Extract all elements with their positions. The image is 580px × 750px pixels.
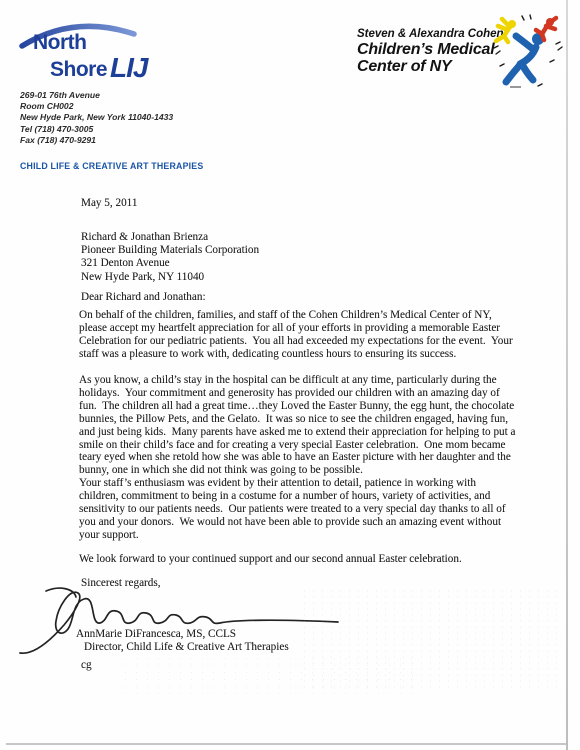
signer-title: Director, Child Life & Creative Art Ther… (84, 641, 289, 654)
scan-noise (120, 655, 420, 695)
address-line: Tel (718) 470-3005 (20, 124, 173, 135)
hospital-name: Steven & Alexandra Cohen Children’s Medi… (357, 28, 504, 75)
hospital-name-line: Center of NY (357, 58, 504, 75)
scan-edge-right (566, 0, 568, 750)
letter-paragraph-4: We look forward to your continued suppor… (79, 553, 517, 566)
north-shore-lij-logo: North ShoreLIJ (18, 18, 140, 82)
recipient-line: Pioneer Building Materials Corporation (81, 244, 259, 257)
typist-initials: cg (81, 659, 92, 672)
recipient-line: Richard & Jonathan Brienza (81, 231, 259, 244)
haring-figures-icon (492, 14, 564, 90)
hospital-benefactor: Steven & Alexandra Cohen (357, 28, 504, 40)
scan-edge-bottom (6, 743, 566, 745)
hospital-name-line: Children’s Medical (357, 41, 504, 58)
scanned-letter-page: North ShoreLIJ 269-01 76th Avenue Room C… (0, 0, 580, 750)
letter-paragraph-2: As you know, a child’s stay in the hospi… (79, 374, 517, 477)
recipient-line: 321 Denton Avenue (81, 257, 259, 270)
letter-paragraph-3: Your staff’s enthusiasm was evident by t… (79, 477, 517, 542)
address-line: New Hyde Park, New York 11040-1433 (20, 112, 173, 123)
recipient-address: Richard & Jonathan Brienza Pioneer Build… (81, 231, 259, 284)
letter-date: May 5, 2011 (81, 197, 137, 210)
address-line: 269-01 76th Avenue (20, 90, 173, 101)
letterhead-address: 269-01 76th Avenue Room CH002 New Hyde P… (20, 90, 173, 146)
signer-name: AnnMarie DiFrancesca, MS, CCLS (76, 628, 236, 641)
letter-paragraph-1: On behalf of the children, families, and… (79, 309, 517, 361)
logo-lij: LIJ (110, 52, 147, 83)
address-line: Room CH002 (20, 101, 173, 112)
salutation: Dear Richard and Jonathan: (81, 291, 206, 304)
recipient-line: New Hyde Park, NY 11040 (81, 271, 259, 284)
logo-word-shore-lij: ShoreLIJ (50, 51, 147, 83)
address-line: Fax (718) 470-9291 (20, 135, 173, 146)
department-heading: CHILD LIFE & CREATIVE ART THERAPIES (20, 161, 203, 171)
